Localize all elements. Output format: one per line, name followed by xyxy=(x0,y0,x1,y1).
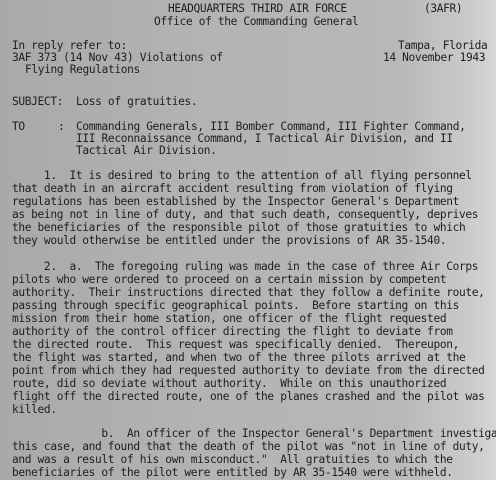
paragraph-2a-line: flight off the directed route, one of th… xyxy=(12,391,485,403)
paragraph-1-line: as being not in line of duty, and that s… xyxy=(12,209,478,221)
document-code: (3AFR) xyxy=(424,3,462,15)
paragraph-2b-line: b. An officer of the Inspector General's… xyxy=(12,428,496,440)
to-label: TO xyxy=(12,121,25,133)
paragraph-2a-line: point from which they had requested auth… xyxy=(12,365,485,377)
subject-label: SUBJECT: xyxy=(12,96,63,108)
paragraph-2a-line: authority of the control officer directi… xyxy=(12,326,453,338)
paragraph-2a-line: route, did so deviate without authority.… xyxy=(12,378,446,390)
paragraph-2a-line: passing through specific geographical po… xyxy=(12,300,459,312)
paragraph-1-line: that death in an aircraft accident resul… xyxy=(12,183,453,195)
paragraph-2b-line: this case, and found that the death of t… xyxy=(12,441,485,453)
paragraph-2a-line: mission from their home station, one off… xyxy=(12,313,446,325)
paragraph-2a-line: pilots who were ordered to proceed on a … xyxy=(12,274,446,286)
subject-text: Loss of gratuities. xyxy=(76,96,197,108)
letterhead-office: Office of the Commanding General xyxy=(154,16,358,28)
document-page: HEADQUARTERS THIRD AIR FORCE Office of t… xyxy=(0,0,496,480)
reference-line-2: Flying Regulations xyxy=(25,64,140,76)
date: 14 November 1943 xyxy=(383,52,485,64)
paragraph-1-line: regulations has been established by the … xyxy=(12,196,459,208)
paragraph-2a-line: killed. xyxy=(12,404,57,416)
to-line: Tactical Air Division. xyxy=(76,145,216,157)
paragraph-2a-line: the directed route. This request was spe… xyxy=(12,339,459,351)
paragraph-1-line: the beneficiaries of the responsible pil… xyxy=(12,222,465,234)
to-colon: : xyxy=(58,121,64,133)
letterhead-org: HEADQUARTERS THIRD AIR FORCE xyxy=(168,3,347,15)
paragraph-1-line: they would otherwise be entitled under t… xyxy=(12,235,446,247)
paragraph-2a-line: authority. Their instructions directed t… xyxy=(12,287,485,299)
paragraph-2b-line: beneficiaries of the pilot were entitled… xyxy=(12,467,453,479)
paragraph-1-line: 1. It is desired to bring to the attenti… xyxy=(12,170,472,182)
paragraph-2b-line: and was a result of his own misconduct."… xyxy=(12,454,453,466)
paragraph-2a-line: the flight was started, and when two of … xyxy=(12,352,465,364)
paragraph-2a-line: 2. a. The foregoing ruling was made in t… xyxy=(12,261,478,273)
